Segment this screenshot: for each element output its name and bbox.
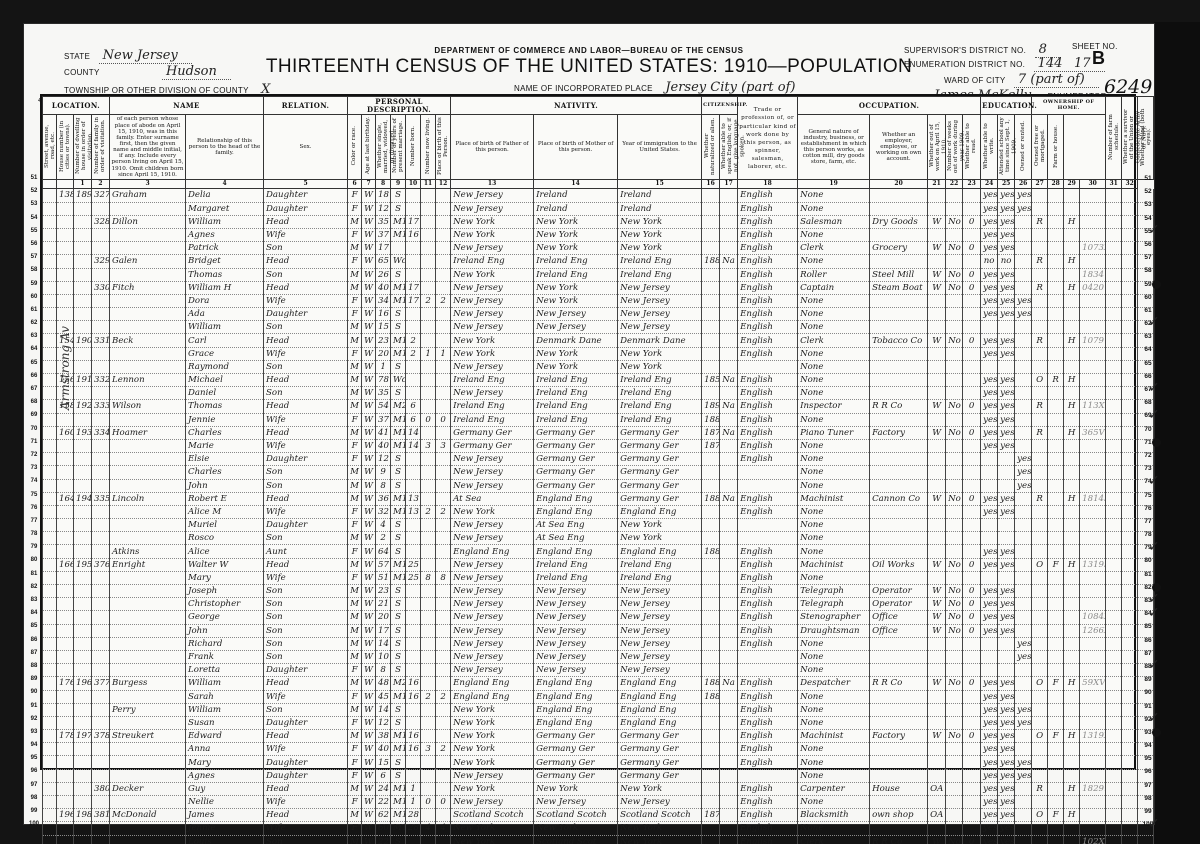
cell-empty [1106,400,1122,413]
cell-yrs: 25 [406,571,421,584]
cell-weeks [963,374,981,387]
cell-sex: M [348,835,362,844]
cell-write: yes [998,202,1015,215]
cell-sched [1080,466,1106,479]
cell-street [43,453,57,466]
cell-marital: S [391,835,406,844]
cell-weeks: 0 [963,215,981,228]
cell-trade: None [798,743,870,756]
cell-trade: None [798,756,870,769]
cell-relation: Son [264,624,348,637]
cell-dwelling [74,466,92,479]
cell-free [1048,624,1064,637]
column-header: Place of birth of Mother of this person. [534,115,618,179]
cell-race: W [362,624,376,637]
cell-english: English [738,321,798,334]
cell-write: yes [998,809,1015,822]
cell-school [1015,360,1032,373]
cell-pob-mother: New Jersey [618,308,702,321]
cell-farm [1064,505,1080,518]
cell-school [1015,558,1032,571]
column-number: 19 [798,179,870,189]
cell-given: John [186,624,264,637]
cell-relation: Son [264,703,348,716]
cell-house: 176 [57,677,74,690]
cell-race: W [362,413,376,426]
cell-living: 3 [436,439,451,452]
cell-farm: H [1064,730,1080,743]
cell-born [421,400,436,413]
cell-industry [870,532,928,545]
cell-empty [1122,558,1138,571]
cell-age: 35 [376,387,391,400]
cell-nat [720,558,738,571]
line-number: 57 [28,251,40,264]
cell-yrs: 13 [406,492,421,505]
line-number: 85 [1140,620,1156,633]
cell-read: yes [981,545,998,558]
cell-empty [1106,532,1122,545]
cell-read: yes [981,228,998,241]
cell-industry [870,202,928,215]
table-row: 328DillonWilliamHeadMW35M117New YorkNew … [43,215,1154,228]
cell-trade: None [798,228,870,241]
cell-farm [1064,545,1080,558]
cell-own [1032,598,1048,611]
cell-race: W [362,519,376,532]
cell-pob-father: Ireland Eng [534,268,618,281]
cell-write [998,519,1015,532]
cell-empty [1106,453,1122,466]
cell-yrs: 2 [406,347,421,360]
cell-weeks [963,743,981,756]
cell-sex: F [348,189,362,202]
cell-yrs: 16 [406,228,421,241]
cell-surname [110,321,186,334]
cell-dwelling: 192 [74,400,92,413]
cell-school [1015,598,1032,611]
column-header: Whether an employer, employee, or workin… [870,115,928,179]
cell-immig [702,202,720,215]
cell-weeks [963,716,981,729]
line-number: 56 [1140,238,1156,251]
cell-free [1048,545,1064,558]
cell-pob-father: Ireland [534,189,618,202]
cell-dwelling [74,505,92,518]
cell-living [436,703,451,716]
cell-weeks [963,189,981,202]
cell-emp: W [928,624,946,637]
cell-own [1032,624,1048,637]
cell-age: 22 [376,835,391,844]
cell-write: yes [998,492,1015,505]
table-row: LorettaDaughterFW8SNew JerseyNew JerseyN… [43,664,1154,677]
cell-family [92,360,110,373]
table-row: 166195376EnrightWalter WHeadMW57M125New … [43,558,1154,571]
cell-school [1015,268,1032,281]
cell-pob-father: New York [534,360,618,373]
cell-street [43,796,57,809]
check-mark-icon: ✓ [1148,379,1160,396]
cell-dwelling [74,202,92,215]
cell-house: 160 [57,426,74,439]
cell-empty [1122,466,1138,479]
cell-sched [1080,796,1106,809]
cell-dwelling [74,664,92,677]
cell-english: English [738,255,798,268]
cell-farm [1064,822,1080,835]
cell-pob: New York [451,215,534,228]
line-number: 92 [28,713,40,726]
cell-trade: None [798,374,870,387]
cell-sex: M [348,360,362,373]
cell-trade: None [798,796,870,809]
cell-yrs [406,242,421,255]
cell-relation: Wife [264,571,348,584]
cell-empty [1122,439,1138,452]
cell-race: W [362,453,376,466]
cell-farm [1064,453,1080,466]
cell-nat [720,598,738,611]
cell-pob-mother: New Jersey [618,637,702,650]
cell-out [946,743,963,756]
cell-farm: H [1064,255,1080,268]
cell-immig [702,281,720,294]
cell-trade: None [798,703,870,716]
cell-age: 54 [376,400,391,413]
cell-farm [1064,637,1080,650]
cell-weeks [963,479,981,492]
cell-yrs: 16 [406,690,421,703]
cell-house [57,413,74,426]
cell-emp [928,664,946,677]
cell-surname [110,624,186,637]
line-number: 97 [1140,779,1156,792]
column-header: Color or race. [348,115,362,179]
cell-race: W [362,809,376,822]
cell-pob-mother: New York [618,228,702,241]
cell-given: Jennie [186,413,264,426]
cell-immig: 1880 [702,492,720,505]
cell-age: 8 [376,664,391,677]
cell-relation: Daughter [264,519,348,532]
cell-yrs [406,532,421,545]
cell-family [92,611,110,624]
cell-out: No [946,242,963,255]
column-number: 22 [946,179,963,189]
cell-immig [702,334,720,347]
cell-living [436,228,451,241]
cell-nat [720,453,738,466]
cell-immig [702,743,720,756]
cell-age: 17 [376,242,391,255]
cell-free [1048,308,1064,321]
cell-nat: Na [720,374,738,387]
cell-family [92,598,110,611]
cell-born [421,268,436,281]
cell-free: F [1048,809,1064,822]
cell-age: 26 [376,268,391,281]
cell-write [998,532,1015,545]
cell-living [436,387,451,400]
cell-born [421,809,436,822]
cell-yrs: 16 [406,677,421,690]
column-number: 8 [376,179,391,189]
cell-living: 1 [436,347,451,360]
cell-race: W [362,294,376,307]
cell-farm [1064,439,1080,452]
cell-write: yes [998,585,1015,598]
group-education: EDUCATION. [981,97,1032,115]
cell-trade: Telegraph [798,598,870,611]
cell-immig: 1880 [702,677,720,690]
cell-sex: M [348,479,362,492]
cell-nat [720,822,738,835]
cell-trade: Machinist [798,492,870,505]
cell-sex: F [348,519,362,532]
cell-immig [702,835,720,844]
cell-pob-mother: New Jersey [618,321,702,334]
cell-age: 51 [376,571,391,584]
cell-living [436,624,451,637]
cell-pob-father: England Eng [534,703,618,716]
cell-read: yes [981,703,998,716]
cell-farm [1064,716,1080,729]
cell-living [436,215,451,228]
cell-born [421,360,436,373]
cell-weeks: 0 [963,677,981,690]
cell-pob-father: New York [534,822,618,835]
cell-out: No [946,677,963,690]
cell-age: 64 [376,545,391,558]
cell-born [421,664,436,677]
cell-own [1032,439,1048,452]
cell-emp [928,308,946,321]
cell-surname [110,571,186,584]
cell-surname [110,743,186,756]
column-number: 16 [702,179,720,189]
cell-out [946,453,963,466]
cell-empty [1138,835,1154,844]
line-number: 67 [28,383,40,396]
cell-trade: None [798,637,870,650]
cell-trade: None [798,690,870,703]
cell-surname [110,268,186,281]
cell-surname [110,479,186,492]
cell-immig [702,308,720,321]
cell-born [421,611,436,624]
cell-nat [720,835,738,844]
cell-yrs [406,756,421,769]
cell-emp [928,650,946,663]
cell-school [1015,743,1032,756]
cell-school: yes [1015,650,1032,663]
cell-given: Sarah [186,690,264,703]
cell-living [436,532,451,545]
cell-english [738,650,798,663]
cell-write: yes [998,796,1015,809]
cell-family: 333 [92,400,110,413]
line-number: 97 [28,779,40,792]
cell-pob-mother: New York [618,347,702,360]
cell-sched [1080,650,1106,663]
column-header: Number of family in order of visitation. [92,115,110,179]
cell-living [436,308,451,321]
cell-house [57,703,74,716]
cell-emp [928,294,946,307]
cell-industry: own shop [870,809,928,822]
check-mark-icon: ✓ [1148,472,1160,489]
cell-write: yes [998,347,1015,360]
cell-free [1048,294,1064,307]
cell-living [436,598,451,611]
table-row: SusanDaughterFW12SNew YorkEngland EngEng… [43,716,1154,729]
cell-own: R [1032,492,1048,505]
cell-industry [870,374,928,387]
cell-sched: 1073X [1080,242,1106,255]
check-mark-icon: ✓ [1148,538,1160,555]
cell-sched: 1834 0 [1080,268,1106,281]
ward-value: 7 (part of) [1014,72,1099,88]
column-number: 15 [618,179,702,189]
check-mark-icon: ✓ [1148,709,1160,726]
group-personal: PERSONAL DESCRIPTION. [348,97,451,115]
cell-industry [870,255,928,268]
line-number: 58 [28,264,40,277]
cell-nat [720,585,738,598]
supervisor-district-field: Supervisor's District No. 8 [904,42,1061,57]
cell-family: 327 [92,189,110,202]
cell-emp [928,532,946,545]
line-number: 77 [28,515,40,528]
cell-pob: New Jersey [451,650,534,663]
cell-sex: F [348,347,362,360]
cell-race: W [362,835,376,844]
column-number: 26 [1015,179,1032,189]
cell-free: F [1048,730,1064,743]
cell-street [43,730,57,743]
cell-weeks [963,466,981,479]
cell-family [92,664,110,677]
cell-immig [702,716,720,729]
cell-empty [1122,532,1138,545]
cell-free [1048,228,1064,241]
cell-marital: S [391,202,406,215]
line-number: 52 [28,185,40,198]
cell-out [946,796,963,809]
table-row: JennieWifeFW60M12844New YorkNew YorkNew … [43,822,1154,835]
cell-pob-mother: Ireland Eng [618,374,702,387]
table-row: LouisSonMW22SNew YorkScotland ScotNew Yo… [43,835,1154,844]
cell-age: 62 [376,809,391,822]
column-number: 14 [534,179,618,189]
cell-emp [928,743,946,756]
cell-surname [110,532,186,545]
cell-farm [1064,308,1080,321]
cell-age: 15 [376,756,391,769]
cell-school: yes [1015,703,1032,716]
cell-dwelling [74,360,92,373]
cell-own [1032,347,1048,360]
cell-family [92,585,110,598]
cell-dwelling [74,703,92,716]
cell-dwelling [74,532,92,545]
cell-empty [1106,466,1122,479]
cell-empty [1122,374,1138,387]
cell-family [92,321,110,334]
cell-race: W [362,466,376,479]
cell-marital: S [391,703,406,716]
cell-nat [720,796,738,809]
cell-school [1015,690,1032,703]
cell-yrs [406,624,421,637]
cell-immig [702,268,720,281]
table-row: FrankSonMW10SNew JerseyNew JerseyNew Jer… [43,650,1154,663]
cell-race: W [362,664,376,677]
table-row: ThomasSonMW26SNew YorkIreland EngIreland… [43,268,1154,281]
cell-living: 0 [436,796,451,809]
cell-street [43,835,57,844]
cell-sex: F [348,769,362,782]
cell-pob: New York [451,743,534,756]
cell-marital: S [391,664,406,677]
table-row: AdaDaughterFW16SNew JerseyNew JerseyNew … [43,308,1154,321]
cell-sched: 13193 [1080,558,1106,571]
cell-yrs [406,664,421,677]
cell-own [1032,743,1048,756]
cell-age: 21 [376,598,391,611]
cell-race: W [362,637,376,650]
cell-surname [110,228,186,241]
cell-english: English [738,308,798,321]
cell-sched: 1079 6 [1080,334,1106,347]
cell-out [946,321,963,334]
cell-given: Robert E [186,492,264,505]
cell-living [436,756,451,769]
cell-trade: None [798,308,870,321]
line-numbers-left: 5152535455565758596061626364656667686970… [28,172,40,831]
cell-own [1032,545,1048,558]
cell-free [1048,439,1064,452]
cell-surname [110,637,186,650]
cell-marital: S [391,545,406,558]
cell-read: yes [981,294,998,307]
cell-school [1015,730,1032,743]
column-header: Number of weeks out of work during year … [946,115,963,179]
line-number: 76 [28,502,40,515]
cell-write: yes [998,782,1015,795]
cell-farm [1064,321,1080,334]
cell-pob: New York [451,756,534,769]
cell-sex: F [348,756,362,769]
cell-pob: New Jersey [451,308,534,321]
cell-read: yes [981,202,998,215]
cell-pob-father: England Eng [534,505,618,518]
cell-weeks: 0 [963,730,981,743]
cell-living [436,255,451,268]
cell-own [1032,664,1048,677]
cell-school [1015,492,1032,505]
cell-read: yes [981,716,998,729]
cell-relation: Daughter [264,769,348,782]
cell-marital [391,242,406,255]
line-number: 81 [1140,568,1156,581]
cell-pob-father: New Jersey [534,585,618,598]
cell-farm [1064,598,1080,611]
cell-emp [928,716,946,729]
cell-sched [1080,571,1106,584]
cell-write [998,571,1015,584]
